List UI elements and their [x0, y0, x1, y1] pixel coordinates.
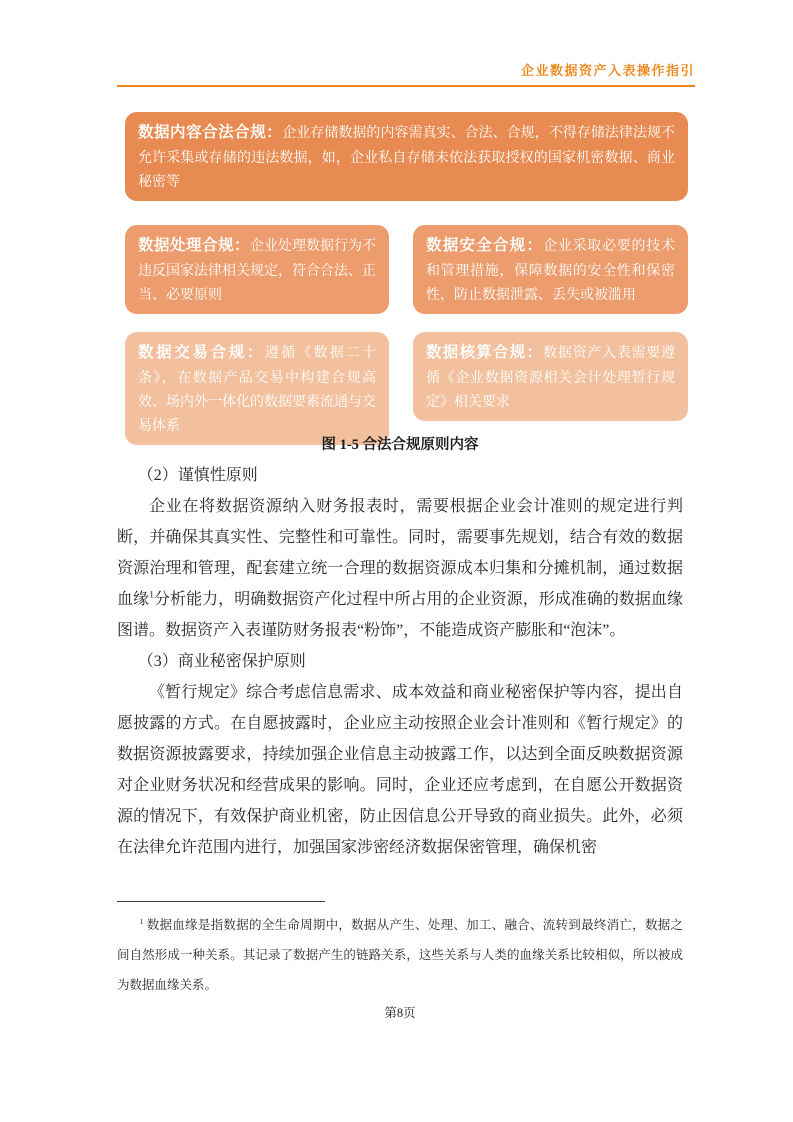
- page-number: 第8页: [117, 1003, 683, 1021]
- compliance-figure: 数据内容合法合规：企业存储数据的内容需真实、合法、合规，不得存储法律法规不允许采…: [125, 112, 688, 445]
- figure-caption: 图 1-5 合法合规原则内容: [117, 433, 683, 454]
- paragraph-trade-secret: 《暂行规定》综合考虑信息需求、成本效益和商业秘密保护等内容，提出自愿披露的方式。…: [117, 677, 683, 863]
- footnote-separator: [117, 901, 325, 902]
- footnote-text: 1 数据血缘是指数据的全生命周期中，数据从产生、处理、加工、融合、流转到最终消亡…: [117, 910, 683, 1000]
- figure-box-data-content-compliance: 数据内容合法合规：企业存储数据的内容需真实、合法、合规，不得存储法律法规不允许采…: [125, 112, 688, 201]
- box-title: 数据核算合规：: [426, 344, 543, 361]
- figure-box-data-processing-compliance: 数据处理合规：企业处理数据行为不违反国家法律相关规定，符合合法、正当、必要原则: [125, 225, 389, 314]
- footnote-area: 1 数据血缘是指数据的全生命周期中，数据从产生、处理、加工、融合、流转到最终消亡…: [117, 901, 683, 1000]
- section-heading-trade-secret: （3）商业秘密保护原则: [117, 646, 683, 677]
- paragraph-prudence: 企业在将数据资源纳入财务报表时，需要根据企业会计准则的规定进行判断，并确保其真实…: [117, 491, 683, 646]
- page-header: 企业数据资产入表操作指引: [117, 60, 695, 87]
- box-title: 数据交易合规：: [138, 344, 265, 361]
- paragraph-text: 分析能力，明确数据资产化过程中所占用的企业资源，形成准确的数据血缘图谱。数据资产…: [117, 591, 683, 639]
- section-heading-prudence: （2）谨慎性原则: [117, 460, 683, 491]
- box-title: 数据内容合法合规：: [138, 124, 282, 141]
- figure-box-data-accounting-compliance: 数据核算合规：数据资产入表需要遵循《企业数据资源相关会计处理暂行规定》相关要求: [413, 332, 688, 421]
- figure-row-3: 数据交易合规：遵循《数据二十条》，在数据产品交易中构建合规高效、场内外一体化的数…: [125, 332, 688, 445]
- figure-row-2: 数据处理合规：企业处理数据行为不违反国家法律相关规定，符合合法、正当、必要原则 …: [125, 225, 688, 314]
- figure-box-data-trading-compliance: 数据交易合规：遵循《数据二十条》，在数据产品交易中构建合规高效、场内外一体化的数…: [125, 332, 389, 445]
- header-title: 企业数据资产入表操作指引: [521, 63, 695, 78]
- body-text: （2）谨慎性原则 企业在将数据资源纳入财务报表时，需要根据企业会计准则的规定进行…: [117, 460, 683, 863]
- box-title: 数据安全合规：: [426, 237, 543, 254]
- document-page: 企业数据资产入表操作指引 数据内容合法合规：企业存储数据的内容需真实、合法、合规…: [0, 0, 793, 1122]
- figure-box-data-security-compliance: 数据安全合规：企业采取必要的技术和管理措施，保障数据的安全性和保密性，防止数据泄…: [413, 225, 688, 314]
- footnote-body: 数据血缘是指数据的全生命周期中，数据从产生、处理、加工、融合、流转到最终消亡，数…: [117, 918, 683, 992]
- footnote-marker: 1: [140, 917, 144, 926]
- box-title: 数据处理合规：: [138, 237, 250, 254]
